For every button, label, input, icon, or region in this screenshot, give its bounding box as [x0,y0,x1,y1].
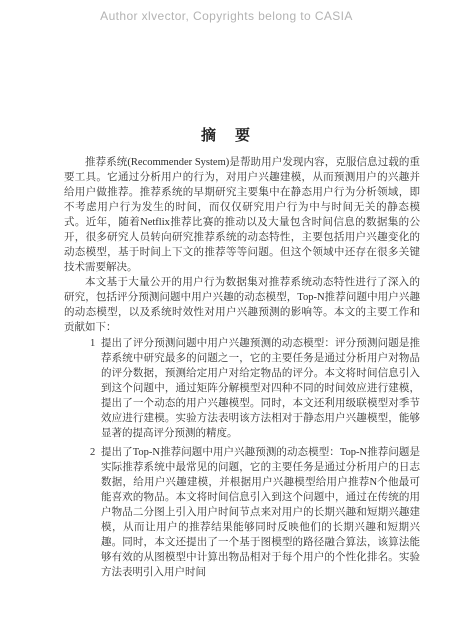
contribution-text: 提出了评分预测问题中用户兴趣预测的动态模型：评分预测问题是推荐系统中研究最多的问… [101,338,420,439]
abstract-paragraph: 推荐系统(Recommender System)是帮助用户发现内容，克服信息过载… [64,155,420,275]
abstract-paragraphs: 推荐系统(Recommender System)是帮助用户发现内容，克服信息过载… [64,155,420,335]
contribution-number: 1 [90,336,100,351]
abstract-body: 推荐系统(Recommender System)是帮助用户发现内容，克服信息过载… [64,155,420,580]
contribution-number: 2 [90,445,100,460]
document-page: Author xlvector, Copyrights belong to CA… [0,0,453,640]
contribution-item: 2提出了Top-N推荐问题中用户兴趣预测的动态模型：Top-N推荐问题是实际推荐… [101,445,420,580]
contribution-item: 1提出了评分预测问题中用户兴趣预测的动态模型：评分预测问题是推荐系统中研究最多的… [101,336,420,441]
contribution-list: 1提出了评分预测问题中用户兴趣预测的动态模型：评分预测问题是推荐系统中研究最多的… [64,336,420,580]
page-title: 摘 要 [0,126,453,146]
abstract-paragraph: 本文基于大量公开的用户行为数据集对推荐系统动态特性进行了深入的研究，包括评分预测… [64,275,420,335]
copyright-watermark: Author xlvector, Copyrights belong to CA… [0,0,453,24]
contribution-text: 提出了Top-N推荐问题中用户兴趣预测的动态模型：Top-N推荐问题是实际推荐系… [101,447,420,578]
